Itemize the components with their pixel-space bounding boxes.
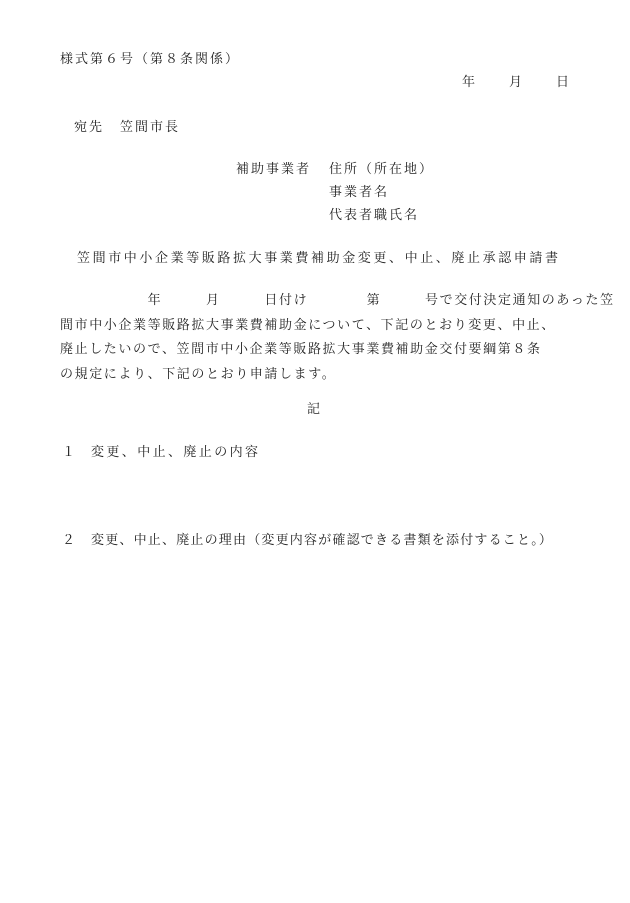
- body-line: 廃止したいので、笠間市中小企業等販路拡大事業費補助金交付要綱第８条: [60, 338, 576, 363]
- body-line: 間市中小企業等販路拡大事業費補助金について、下記のとおり変更、中止、: [60, 314, 576, 339]
- addressee-name: 笠間市長: [120, 121, 180, 134]
- date-month-label: 月: [509, 76, 522, 89]
- applicant-representative-field: 代表者職氏名: [329, 209, 419, 222]
- form-number: 様式第６号（第８条関係）: [60, 53, 240, 66]
- body-line: の規定により、下記のとおり申請します。: [60, 363, 576, 388]
- applicant-address-field: 住所（所在地）: [329, 163, 434, 176]
- applicant-business-name-field: 事業者名: [329, 186, 389, 199]
- item-1-number: １: [62, 446, 75, 459]
- item-1-text: 変更、中止、廃止の内容: [91, 446, 260, 459]
- item-2-text: 変更、中止、廃止の理由（変更内容が確認できる書類を添付すること。）: [91, 534, 553, 547]
- item-2-number: ２: [62, 534, 75, 547]
- body-line: 年 月 日付け 第 号で交付決定通知のあった笠: [60, 289, 576, 314]
- document-title: 笠間市中小企業等販路拡大事業費補助金変更、中止、廃止承認申請書: [77, 252, 561, 265]
- applicant-role: 補助事業者: [236, 163, 311, 176]
- body-paragraph: 年 月 日付け 第 号で交付決定通知のあった笠 間市中小企業等販路拡大事業費補助…: [60, 289, 576, 387]
- ki-marker: 記: [307, 403, 320, 416]
- date-year-label: 年: [462, 76, 475, 89]
- date-day-label: 日: [556, 76, 569, 89]
- addressee-label: 宛先: [74, 121, 104, 134]
